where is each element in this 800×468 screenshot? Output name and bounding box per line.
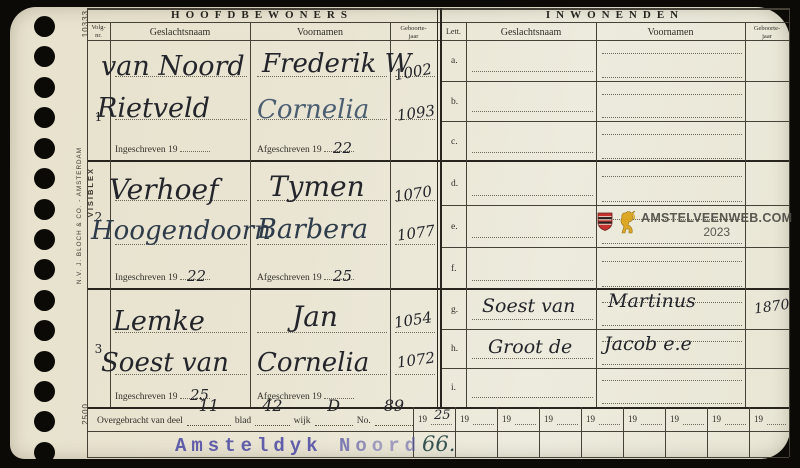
birthyear-entry: 1072 <box>396 350 436 370</box>
blad-value: 42 <box>255 398 289 414</box>
shield-icon <box>597 212 613 237</box>
blad-label: blad <box>235 416 251 426</box>
inwonenden-row-c: c. <box>441 121 789 162</box>
overgebracht-row: Overgebracht van deel 11 blad 42 wijk D … <box>87 407 413 431</box>
surname-entry: Hoogendoorn <box>91 218 271 244</box>
letter-label: d. <box>451 179 458 189</box>
punch-hole <box>34 199 55 220</box>
letter-label: c. <box>451 137 458 147</box>
punch-hole <box>34 381 55 402</box>
birthyear-entry: 1093 <box>396 103 436 123</box>
watermark-year: 2023 <box>641 225 792 239</box>
punch-hole <box>34 46 55 67</box>
firstnames-entry: Frederik W <box>262 51 411 77</box>
year-cell: 19 <box>749 407 790 457</box>
section-title-inwonenden: INWONENDEN <box>441 9 789 21</box>
deel-value: 11 <box>187 398 231 414</box>
year-cell: 19 <box>581 407 624 457</box>
surname-entry: van Noord <box>101 53 245 80</box>
wijk-value: D <box>315 398 353 414</box>
surname-entry: Groot de <box>488 338 572 357</box>
letter-label: a. <box>451 56 458 66</box>
surname-entry: Soest van <box>482 297 575 316</box>
no-field: 89 <box>375 413 413 426</box>
letter-label: b. <box>451 97 458 107</box>
col-header-voornamen-right: Voornamen <box>596 27 745 38</box>
birthyear-entry: 1077 <box>396 223 436 243</box>
col-header-geslachtsnaam-left: Geslachtsnaam <box>110 27 250 38</box>
punch-hole <box>34 320 55 341</box>
firstnames-entry: Martinus <box>608 292 696 311</box>
inwonenden-row-i: i. <box>441 368 789 407</box>
year-cell: 19 <box>623 407 666 457</box>
blad-field: 42 <box>255 413 289 426</box>
wijk-field: D <box>315 413 353 426</box>
lion-icon <box>616 210 638 239</box>
punch-hole <box>34 138 55 159</box>
surname-entry: Lemke <box>113 308 205 335</box>
ingeschreven-year-value: 22 <box>187 269 206 284</box>
register-card: 10333 VISIBLEX N.V. J. BLOCH & CO. - AMS… <box>10 7 790 459</box>
inwonenden-row-d: d. <box>441 162 789 205</box>
punch-hole <box>34 411 55 432</box>
letter-label: e. <box>451 222 458 232</box>
wijk-label: wijk <box>294 416 311 426</box>
scanned-register-card-page: 10333 VISIBLEX N.V. J. BLOCH & CO. - AMS… <box>0 0 800 468</box>
afgeschreven-year-value: 25 <box>333 269 352 284</box>
firstnames-entry: Jacob e.e <box>604 335 692 354</box>
firstnames-entry: Cornelia <box>257 97 369 123</box>
punch-hole <box>34 259 55 280</box>
punch-hole <box>34 168 55 189</box>
year-cell: 19 <box>539 407 582 457</box>
birthyear-entry: 1070 <box>393 184 433 205</box>
letter-label: h. <box>451 344 458 354</box>
stamp-amsteldyk-noord: Amsteldyk Noord <box>158 435 438 457</box>
col-header-lett: Lett. <box>441 27 466 36</box>
birthyear-entry: 1002 <box>393 62 433 83</box>
punch-holes <box>34 16 55 463</box>
punch-hole <box>34 351 55 372</box>
surname-entry: Soest van <box>101 350 229 376</box>
year-cell: 19 <box>497 407 540 457</box>
col-header-geboortejaar-right: Geboorte- jaar <box>745 25 789 40</box>
inwonenden-row-f: f. <box>441 247 789 290</box>
punch-hole <box>34 16 55 37</box>
letter-label: g. <box>451 305 458 315</box>
firstnames-entry: Jan <box>292 303 338 331</box>
inwonenden-row-a: a. <box>441 40 789 81</box>
watermark-site: AMSTELVEENWEB.COM <box>641 211 792 225</box>
year-cell: 19 <box>665 407 708 457</box>
punch-hole <box>34 77 55 98</box>
col-header-volgnr: Volg- nr. <box>87 24 110 39</box>
surname-entry: Rietveld <box>97 95 210 122</box>
watermark: AMSTELVEENWEB.COM 2023 <box>597 210 792 239</box>
deel-field: 11 <box>187 413 231 426</box>
section-title-hoofdbewoners: HOOFDBEWONERS <box>87 9 437 21</box>
surname-entry: Verhoef <box>109 176 218 204</box>
firstnames-entry: Barbera <box>257 216 368 243</box>
punch-hole <box>34 290 55 311</box>
first-year-cell-value: 25 <box>434 409 451 422</box>
punch-hole <box>34 442 55 463</box>
col-header-geslachtsnaam-right: Geslachtsnaam <box>466 27 596 38</box>
letter-label: f. <box>451 264 457 274</box>
col-header-voornamen-left: Voornamen <box>250 27 390 38</box>
year-cell: 19 <box>707 407 750 457</box>
brand-company: N.V. J. BLOCH & CO. - AMSTERDAM <box>76 147 83 284</box>
overgebracht-label: Overgebracht van deel <box>97 416 183 426</box>
firstnames-entry: Cornelia <box>257 350 369 376</box>
punch-hole <box>34 107 55 128</box>
no-value: 89 <box>375 398 413 414</box>
birthyear-entry: 1054 <box>393 310 433 331</box>
punch-hole <box>34 229 55 250</box>
afgeschreven-year-value: 22 <box>333 141 352 156</box>
no-label: No. <box>357 416 371 426</box>
ingeschreven-label: Ingeschreven 19 <box>115 142 210 155</box>
year-cell: 19 <box>455 407 498 457</box>
firstnames-entry: Tymen <box>269 173 365 201</box>
inwonenden-row-b: b. <box>441 81 789 121</box>
col-header-geboortejaar-left: Geboorte- jaar <box>390 25 437 40</box>
letter-label: i. <box>451 383 456 393</box>
